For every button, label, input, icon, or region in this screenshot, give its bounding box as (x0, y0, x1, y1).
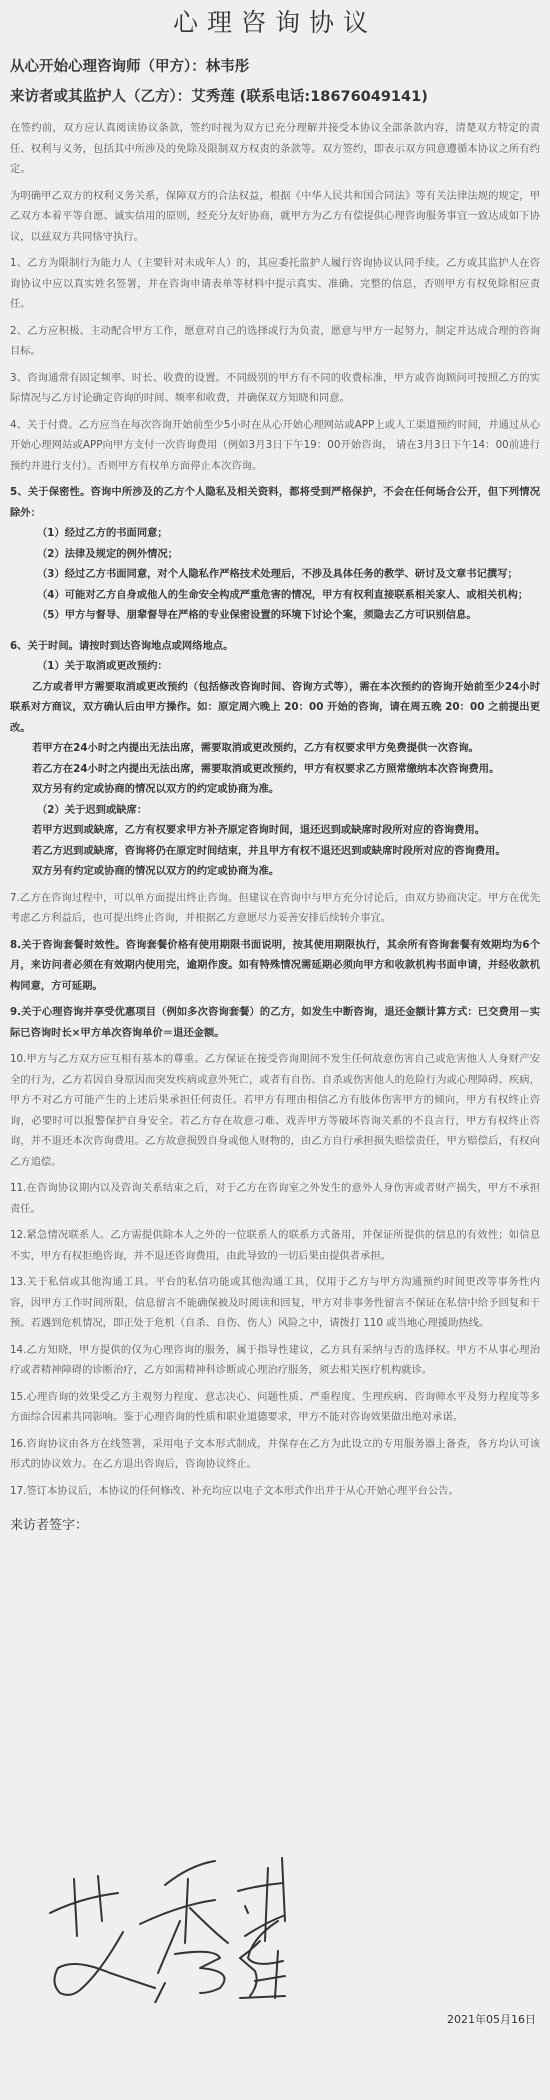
clause-4: 4、关于付费。乙方应当在每次咨询开始前至少5小时在从心开始心理网站或APP上或人… (10, 415, 540, 477)
intro-paragraph-2: 为明确甲乙双方的权利义务关系，保障双方的合法权益，根据《中华人民共和国合同法》等… (10, 186, 540, 248)
clause-6-sub1-paragraph-4: 双方另有约定或协商的情况以双方的约定或协商为准。 (10, 779, 540, 800)
clause-10: 10.甲方与乙方双方应互相有基本的尊重。乙方保证在接受咨询期间不发生任何故意伤害… (10, 1049, 540, 1172)
clause-16: 16.咨询协议由各方在线签署，采用电子文本形式制成，并保存在乙方为此设立的专用服… (10, 1434, 540, 1475)
document-title: 心理咨询协议 (10, 0, 540, 48)
clause-6-sub2-paragraph-1: 若甲方迟到或缺席，乙方有权要求甲方补齐原定咨询时间，退还迟到或缺席时段所对应的咨… (10, 820, 540, 841)
intro-paragraph-1: 在签约前，双方应认真阅读协议条款，签约时视为双方已充分理解并接受本协议全部条款内… (10, 118, 540, 180)
clause-6-time: 6、关于时间。请按时到达咨询地点或网络地点。 （1）关于取消或更改预约： 乙方或… (10, 636, 540, 882)
clause-6-sub2-paragraph-3: 双方另有约定或协商的情况以双方的约定或协商为准。 (10, 861, 540, 882)
clause-1: 1、乙方为限制行为能力人（主要针对未成年人）的，其应委托监护人履行咨询协议认同手… (10, 253, 540, 315)
clause-6-heading: 6、关于时间。请按时到达咨询地点或网络地点。 (10, 636, 540, 657)
clause-2: 2、乙方应积极、主动配合甲方工作，愿意对自己的选择或行为负责，愿意与甲方一起努力… (10, 321, 540, 362)
clause-3: 3、咨询通常有固定频率、时长、收费的设置。不同级别的甲方有不同的收费标准，甲方或… (10, 368, 540, 409)
party-b-line: 来访者或其监护人（乙方）：艾秀莲 (联系电话:18676049141) (10, 82, 540, 112)
clause-12: 12.紧急情况联系人。乙方需提供除本人之外的一位联系人的联系方式备用，并保证所提… (10, 1225, 540, 1266)
clause-5-item-3: （3）经过乙方书面同意，对个人隐私作严格技术处理后，不涉及具体任务的教学、研讨及… (10, 564, 540, 585)
clause-17: 17.签订本协议后，本协议的任何修改、补充均应以电子文本形式作出并于从心开始心理… (10, 1481, 540, 1502)
party-a-line: 从心开始心理咨询师（甲方）：林韦彤 (10, 52, 540, 82)
handwritten-signature (40, 1843, 290, 2003)
clause-13: 13.关于私信或其他沟通工具。平台的私信功能或其他沟通工具，仅用于乙方与甲方沟通… (10, 1272, 540, 1334)
clause-5-item-5: （5）甲方与督导、朋辈督导在严格的专业保密设置的环境下讨论个案，须隐去乙方可识别… (10, 605, 540, 626)
clause-6-sub1-paragraph-3: 若乙方在24小时之内提出无法出席，需要取消或更改预约，甲方有权要求乙方照常缴纳本… (10, 759, 540, 780)
clause-6-sub1-paragraph-2: 若甲方在24小时之内提出无法出席，需要取消或更改预约，乙方有权要求甲方免费提供一… (10, 738, 540, 759)
signing-date: 2021年05月16日 (447, 2011, 536, 2027)
clause-15: 15.心理咨询的效果受乙方主观努力程度、意志决心、问题性质、严重程度、生理疾病、… (10, 1387, 540, 1428)
clause-7: 7.乙方在咨询过程中，可以单方面提出终止咨询。但建议在咨询中与甲方充分讨论后，由… (10, 888, 540, 929)
clause-5-confidentiality: 5、关于保密性。咨询中所涉及的乙方个人隐私及相关资料，都将受到严格保护，不会在任… (10, 482, 540, 626)
clause-5-item-2: （2）法律及规定的例外情况； (10, 544, 540, 565)
clause-5-item-4: （4）可能对乙方自身或他人的生命安全构成严重危害的情况，甲方有权利直接联系相关家… (10, 585, 540, 606)
visitor-signature-label: 来访者签字： (10, 1515, 540, 1537)
clause-6-sub2-title: （2）关于迟到或缺席： (10, 800, 540, 821)
clause-6-sub1-title: （1）关于取消或更改预约： (10, 656, 540, 677)
clause-5-item-1: （1）经过乙方的书面同意； (10, 523, 540, 544)
agreement-document: 心理咨询协议 从心开始心理咨询师（甲方）：林韦彤 来访者或其监护人（乙方）：艾秀… (0, 0, 550, 1537)
clause-14: 14.乙方知晓，甲方提供的仅为心理咨询的服务，属于指导性建议，乙方具有采纳与否的… (10, 1340, 540, 1381)
clause-5-heading: 5、关于保密性。咨询中所涉及的乙方个人隐私及相关资料，都将受到严格保护，不会在任… (10, 482, 540, 523)
clause-11: 11.在咨询协议期内以及咨询关系结束之后，对于乙方在咨询室之外发生的意外人身伤害… (10, 1178, 540, 1219)
clause-6-sub1-paragraph-1: 乙方或者甲方需要取消或更改预约（包括修改咨询时间、咨询方式等），需在本次预约的咨… (10, 677, 540, 739)
clause-6-sub2-paragraph-2: 若乙方迟到或缺席，咨询将仍在原定时间结束，并且甲方有权不退还迟到或缺席时段所对应… (10, 841, 540, 862)
clause-8: 8.关于咨询套餐时效性。咨询套餐价格有使用期限书面说明，按其使用期限执行，其余所… (10, 935, 540, 997)
clause-9: 9.关于心理咨询并享受优惠项目（例如多次咨询套餐）的乙方，如发生中断咨询，退还金… (10, 1002, 540, 1043)
